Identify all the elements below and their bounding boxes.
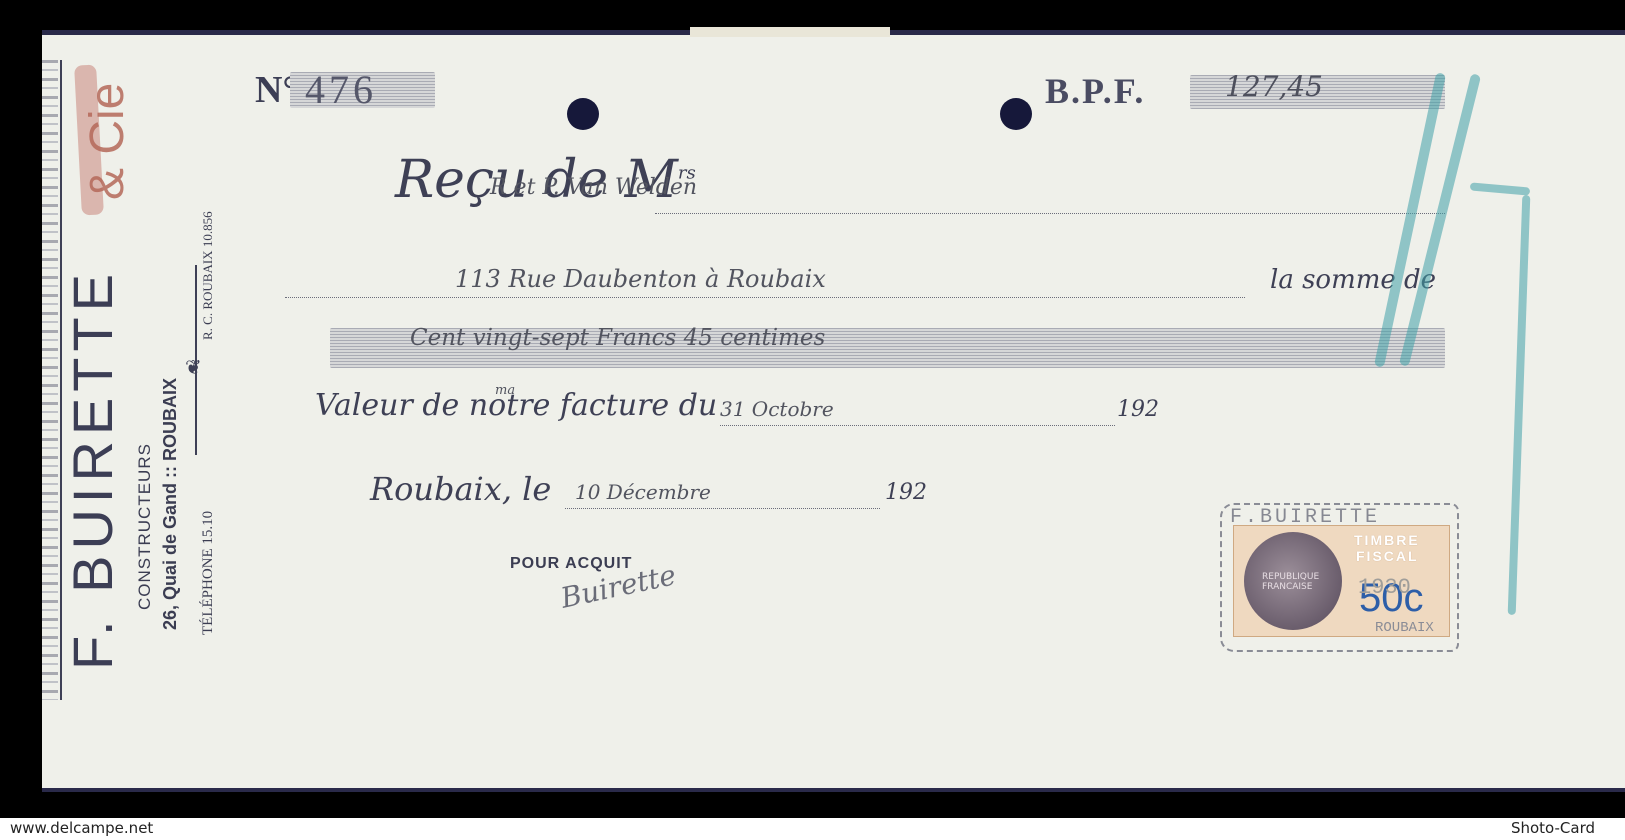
amount-words: Cent vingt-sept Francs 45 centimes [410, 325, 825, 351]
place-date-value: 10 Décembre [575, 480, 711, 504]
marianne-coin-icon: REPUBLIQUE FRANCAISE [1244, 532, 1342, 630]
place-year: 192 [885, 480, 927, 505]
company-suffix: & Cie [80, 83, 135, 200]
invoice-correction: ma [495, 383, 515, 398]
name-dotted-line [655, 213, 1445, 214]
company-name: F. BUIRETTE [60, 268, 125, 670]
ornament-icon: ❦ [185, 355, 202, 379]
sum-label: la somme de [1270, 265, 1436, 295]
decorative-border [42, 60, 58, 700]
watermark-footer: www.delcampe.net Shoto-Card [0, 818, 1625, 840]
invoice-date: 31 Octobre [720, 397, 834, 421]
payer-name: R et P. Van Welden [490, 175, 697, 200]
payer-address: 113 Rue Daubenton à Roubaix [455, 265, 826, 293]
company-registry: R. C. ROUBAIX 10.856 [200, 211, 216, 340]
coin-text: REPUBLIQUE FRANCAISE [1262, 572, 1342, 592]
company-address: 26, Quai de Gand :: ROUBAIX [160, 378, 181, 630]
postmark-year: 1930 [1358, 575, 1411, 600]
watermark-left: www.delcampe.net [10, 819, 153, 837]
punch-hole-left [567, 98, 599, 130]
amount-figures: 127,45 [1225, 70, 1323, 103]
postmark-city: ROUBAIX [1375, 620, 1434, 636]
invoice-year: 192 [1117, 397, 1159, 422]
invoice-label: Valeur de notre facture du [315, 388, 717, 423]
postmark-name: F.BUIRETTE [1230, 506, 1380, 529]
receipt-number: 476 [305, 66, 377, 113]
date-dotted-line [565, 508, 880, 509]
invoice-dotted-line [720, 425, 1115, 426]
address-dotted-line [285, 297, 1245, 298]
currency-label: B.P.F. [1045, 70, 1145, 112]
tape-strip [690, 27, 890, 37]
watermark-right: Shoto-Card [1511, 819, 1595, 837]
stamp-line1: TIMBRE [1354, 532, 1420, 548]
company-telephone: TÉLÉPHONE 15.10 [200, 511, 217, 635]
company-activity: CONSTRUCTEURS [135, 443, 155, 610]
punch-hole-right [1000, 98, 1032, 130]
place-date-label: Roubaix, le [370, 470, 551, 508]
stamp-line2: FISCAL [1356, 548, 1419, 564]
